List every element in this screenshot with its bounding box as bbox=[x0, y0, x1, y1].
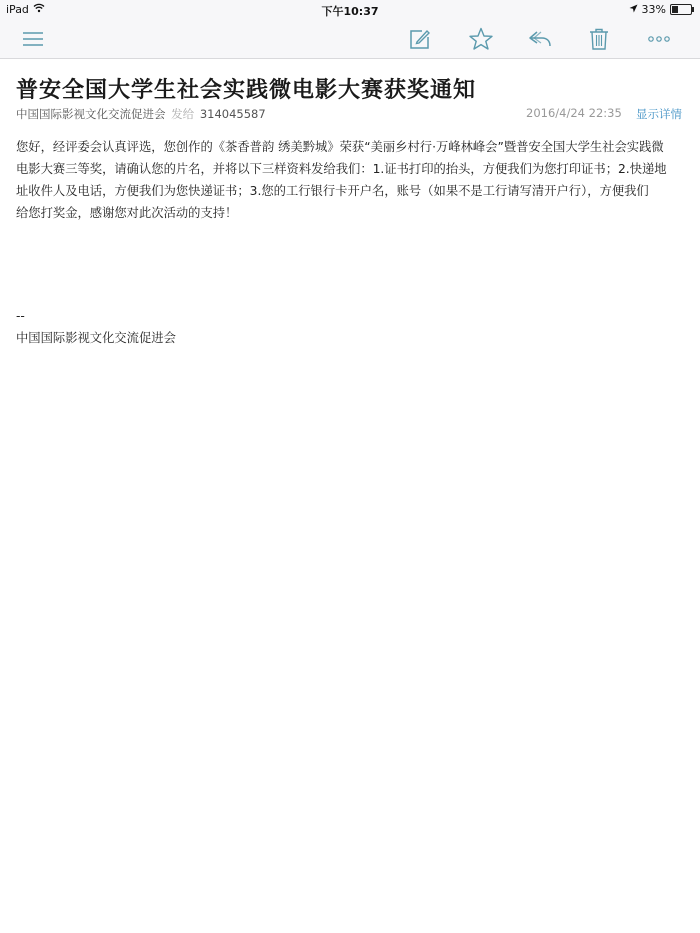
reply-icon[interactable] bbox=[527, 26, 553, 52]
email-body: 您好，经评委会认真评选，您创作的《茶香普韵 绣美黔城》荣获“美丽乡村行·万峰林峰… bbox=[16, 136, 684, 224]
email-signature: -- 中国国际影视文化交流促进会 bbox=[16, 305, 176, 349]
battery-icon bbox=[670, 4, 692, 15]
menu-icon[interactable] bbox=[20, 26, 46, 52]
compose-icon[interactable] bbox=[407, 26, 433, 52]
star-icon[interactable] bbox=[468, 26, 494, 52]
more-icon[interactable] bbox=[646, 26, 672, 52]
status-bar: iPad 下午10:37 33% bbox=[0, 0, 700, 20]
recipient[interactable]: 314045587 bbox=[200, 107, 266, 121]
sender-line: 中国国际影视文化交流促进会 发给 314045587 bbox=[16, 106, 266, 122]
email-date: 2016/4/24 22:35 bbox=[526, 106, 622, 120]
trash-icon[interactable] bbox=[586, 26, 612, 52]
sender-name[interactable]: 中国国际影视文化交流促进会 bbox=[16, 107, 166, 121]
signature-text: 中国国际影视文化交流促进会 bbox=[16, 327, 176, 349]
body-line: 址收件人及电话，方便我们为您快递证书；3.您的工行银行卡开户名，账号（如果不是工… bbox=[16, 180, 684, 202]
email-subject: 普安全国大学生社会实践微电影大赛获奖通知 bbox=[16, 73, 476, 104]
body-line: 电影大赛三等奖，请确认您的片名，并将以下三样资料发给我们：1.证书打印的抬头，方… bbox=[16, 158, 684, 180]
show-details-link[interactable]: 显示详情 bbox=[636, 106, 682, 122]
location-arrow-icon bbox=[629, 3, 638, 16]
battery-percent: 33% bbox=[642, 3, 666, 16]
body-line: 给您打奖金，感谢您对此次活动的支持！ bbox=[16, 202, 684, 224]
clock: 下午10:37 bbox=[0, 3, 700, 19]
to-label: 发给 bbox=[171, 107, 194, 121]
mail-toolbar bbox=[0, 20, 700, 59]
body-line: 您好，经评委会认真评选，您创作的《茶香普韵 绣美黔城》荣获“美丽乡村行·万峰林峰… bbox=[16, 136, 684, 158]
signature-separator: -- bbox=[16, 305, 176, 327]
